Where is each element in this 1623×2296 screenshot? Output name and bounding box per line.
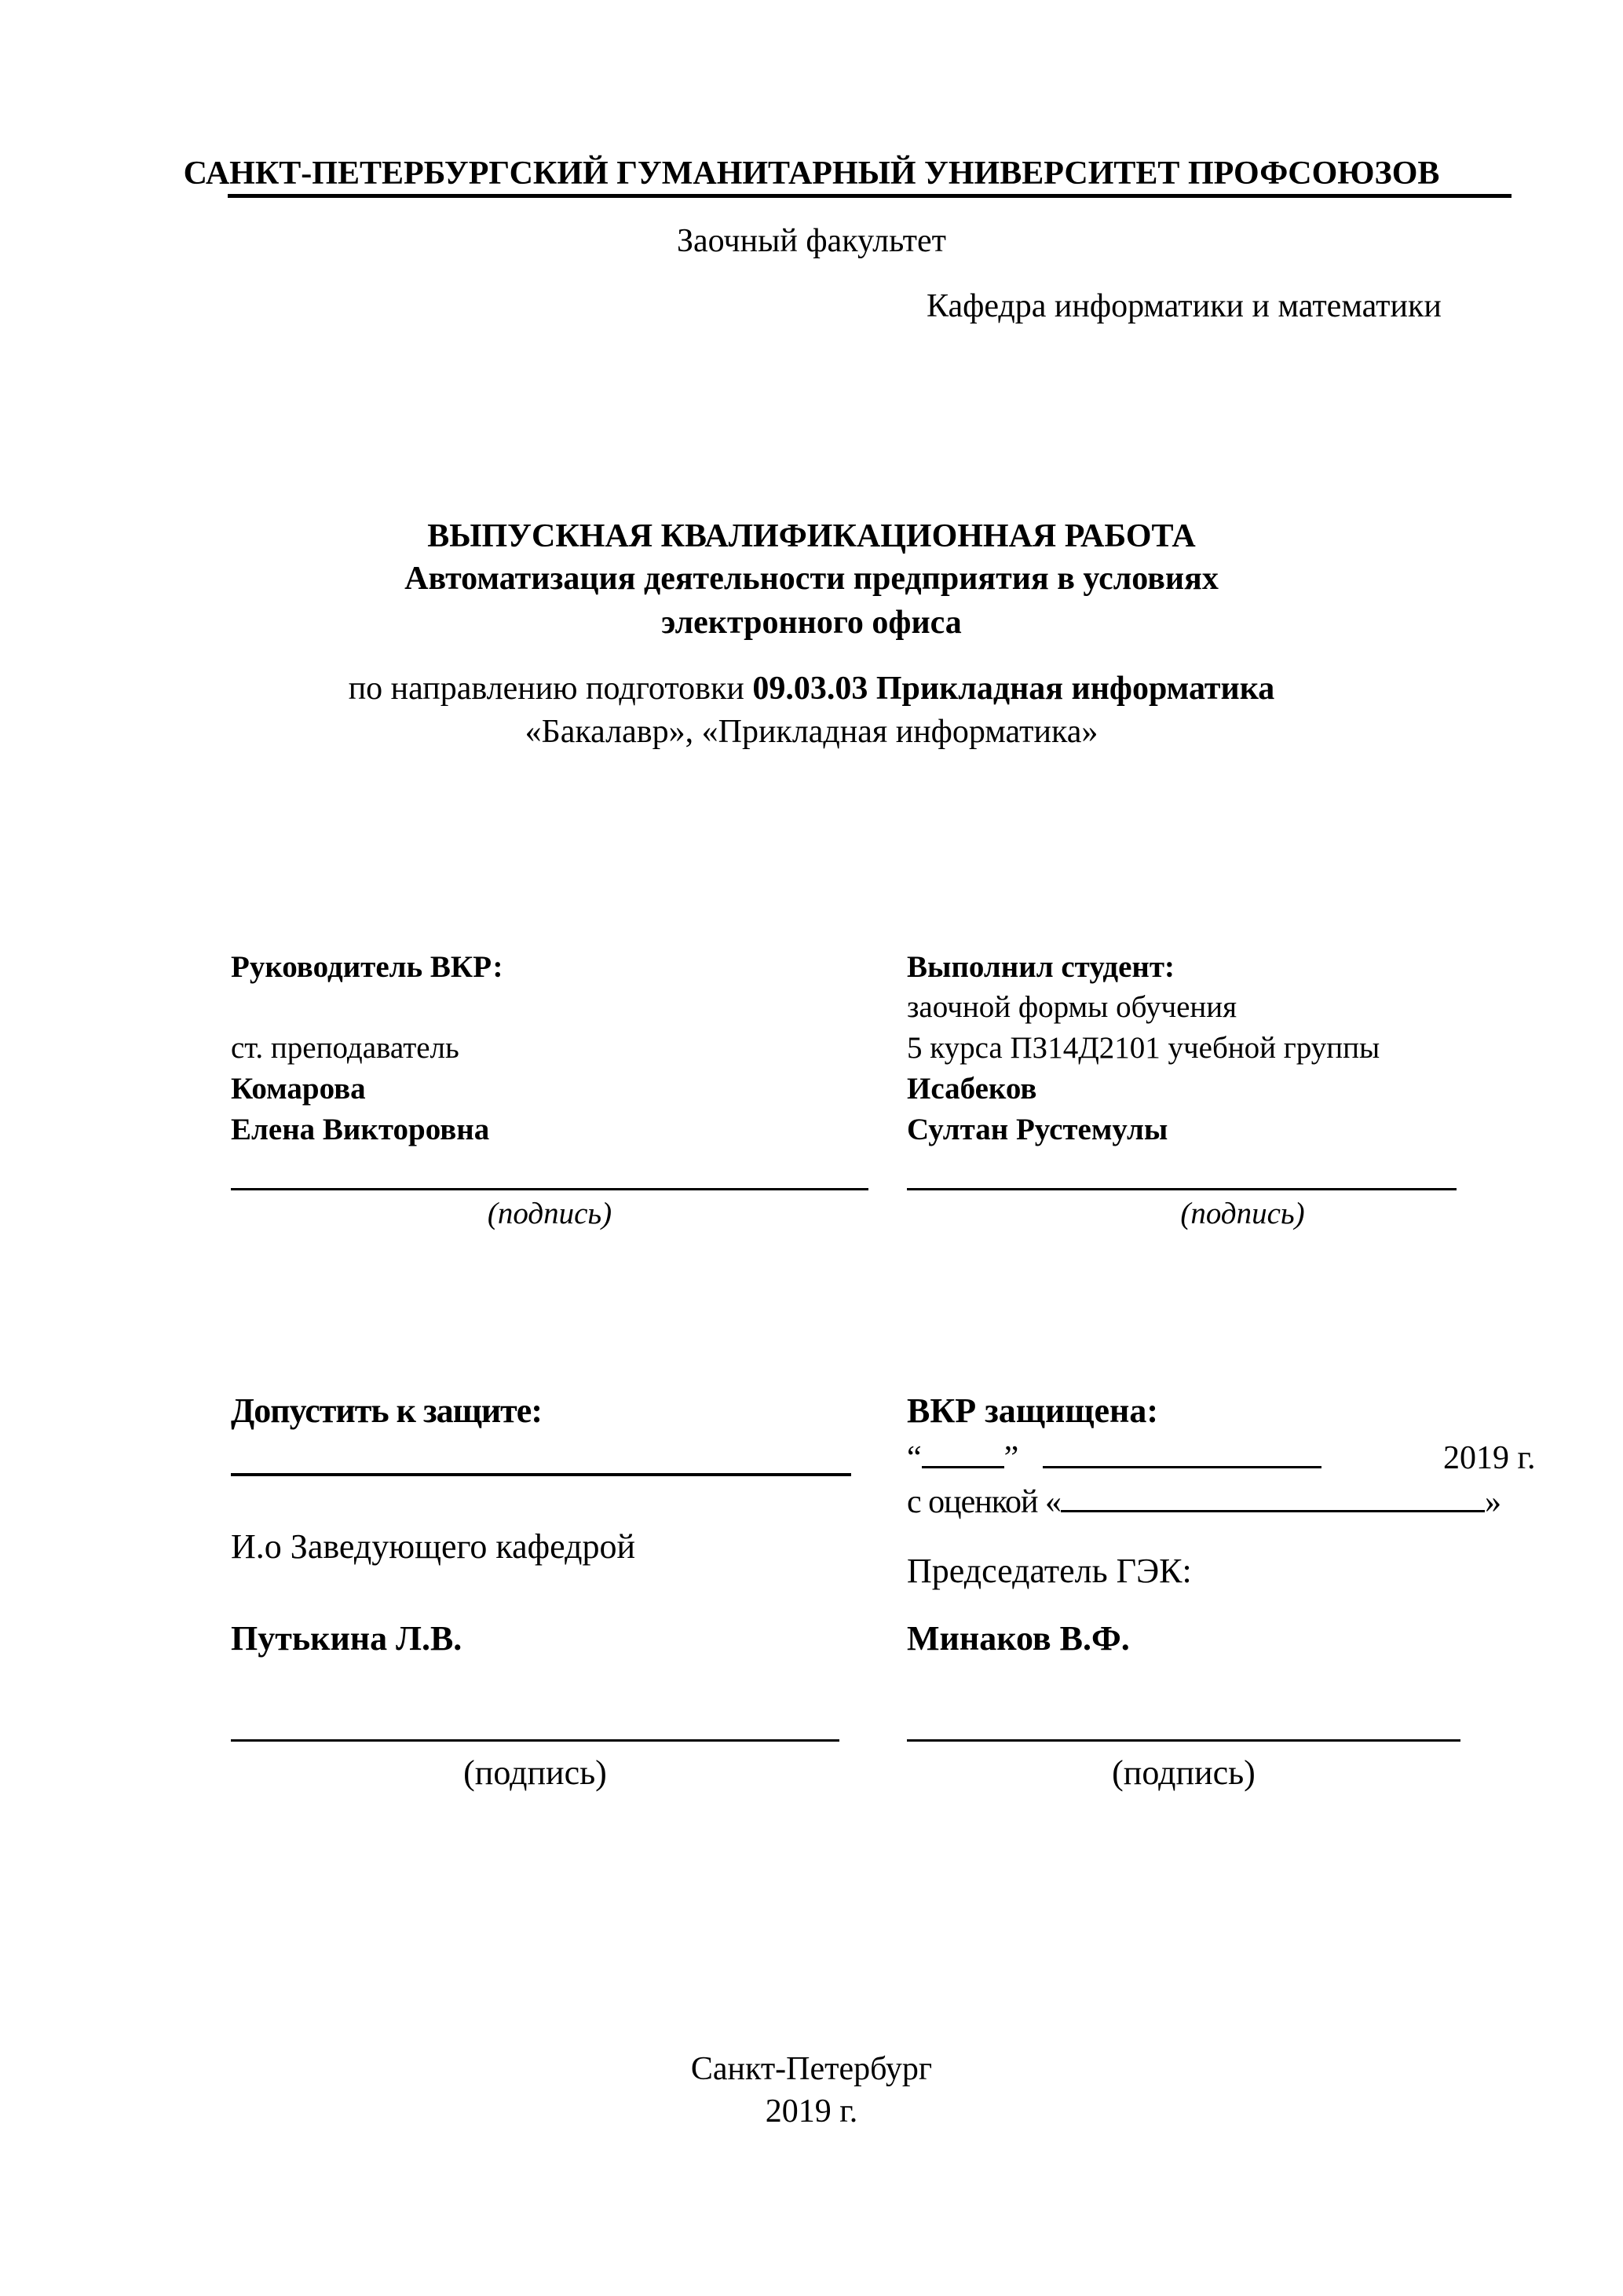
defense-year: 2019 г.	[1443, 1442, 1536, 1475]
direction-prefix: по направлению подготовки	[349, 671, 753, 707]
chair-signature-label: (подпись)	[907, 1756, 1460, 1790]
supervisor-surname: Комарова	[231, 1073, 366, 1104]
admission-line	[231, 1473, 851, 1476]
student-study-form: заочной формы обучения	[907, 992, 1237, 1022]
head-of-department-name: Путькина Л.В.	[231, 1621, 462, 1656]
student-signature-line	[907, 1188, 1457, 1190]
month-blank	[1043, 1466, 1321, 1468]
footer-year: 2019 г.	[0, 2095, 1623, 2128]
grade-blank	[1061, 1510, 1485, 1512]
head-of-department-position: И.о Заведующего кафедрой	[231, 1530, 635, 1564]
topic-line-1: Автоматизация деятельности предприятия в…	[0, 562, 1623, 595]
supervisor-signature-line	[231, 1188, 868, 1190]
department-name: Кафедра информатики и математики	[927, 290, 1442, 323]
student-signature-label: (подпись)	[907, 1198, 1578, 1229]
commission-chair-name: Минаков В.Ф.	[907, 1621, 1130, 1656]
grade-row: с оценкой «»	[907, 1486, 1501, 1519]
chair-signature-line	[907, 1739, 1460, 1742]
qualification-line: «Бакалавр», «Прикладная информатика»	[0, 715, 1623, 748]
student-heading: Выполнил студент:	[907, 952, 1175, 982]
work-type-title: ВЫПУСКНАЯ КВАЛИФИКАЦИОННАЯ РАБОТА	[0, 520, 1623, 553]
head-signature-label: (подпись)	[231, 1756, 839, 1790]
direction-code: 09.03.03 Прикладная информатика	[752, 671, 1274, 707]
footer-city: Санкт-Петербург	[0, 2053, 1623, 2086]
defense-date-row: “”	[907, 1442, 1321, 1475]
date-quote-open: “	[907, 1440, 922, 1476]
grade-prefix: с оценкой «	[907, 1484, 1061, 1520]
supervisor-heading: Руководитель ВКР:	[231, 952, 503, 982]
head-signature-line	[231, 1739, 839, 1742]
header-rule	[228, 194, 1512, 198]
defense-heading: ВКР защищена:	[907, 1394, 1158, 1428]
faculty-name: Заочный факультет	[0, 225, 1623, 258]
student-surname: Исабеков	[907, 1073, 1036, 1104]
commission-chair-label: Председатель ГЭК:	[907, 1554, 1192, 1589]
supervisor-name: Елена Викторовна	[231, 1114, 489, 1145]
direction-line: по направлению подготовки 09.03.03 Прикл…	[0, 672, 1623, 705]
university-name: САНКТ-ПЕТЕРБУРГСКИЙ ГУМАНИТАРНЫЙ УНИВЕРС…	[0, 157, 1623, 190]
supervisor-signature-label: (подпись)	[231, 1198, 868, 1229]
admission-heading: Допустить к защите:	[231, 1394, 542, 1428]
student-group: 5 курса ПЗ14Д2101 учебной группы	[907, 1033, 1380, 1063]
day-blank	[922, 1466, 1004, 1468]
date-quote-close: ”	[1004, 1440, 1019, 1476]
supervisor-position: ст. преподаватель	[231, 1033, 459, 1063]
topic-line-2: электронного офиса	[0, 606, 1623, 639]
grade-suffix: »	[1485, 1484, 1501, 1520]
student-name: Султан Рустемулы	[907, 1114, 1168, 1145]
